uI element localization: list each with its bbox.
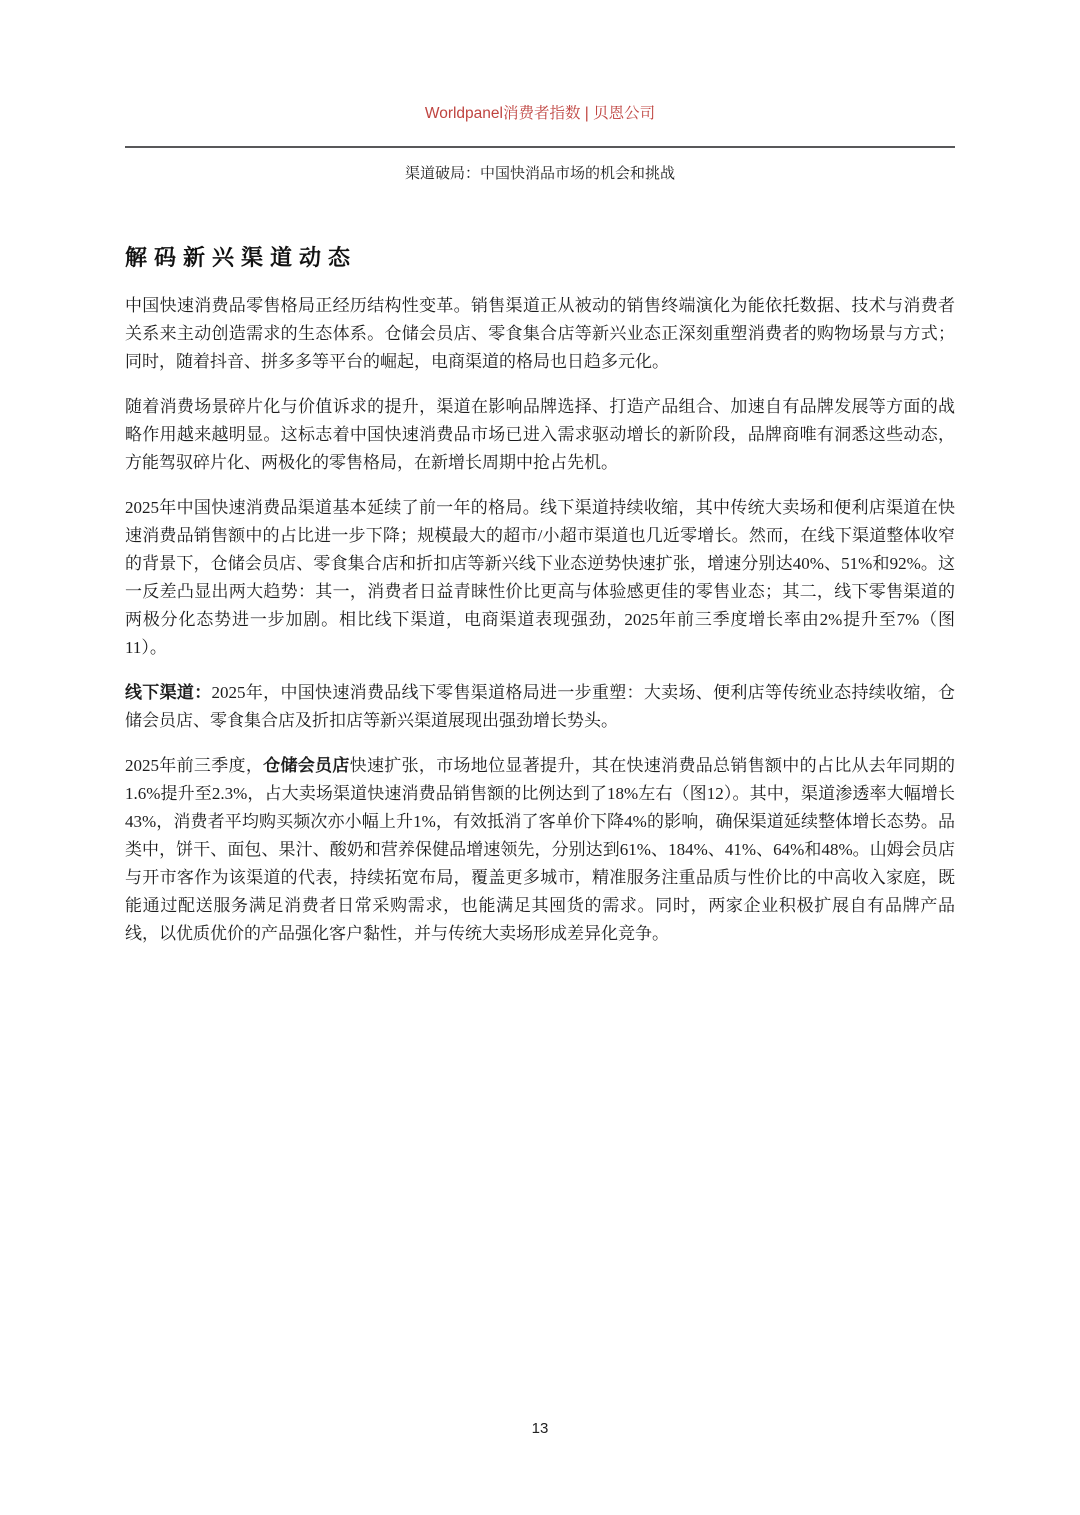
body-paragraph: 随着消费场景碎片化与价值诉求的提升，渠道在影响品牌选择、打造产品组合、加速自有品… — [125, 393, 955, 477]
bold-text-run: 线下渠道： — [125, 683, 212, 702]
text-run: 随着消费场景碎片化与价值诉求的提升，渠道在影响品牌选择、打造产品组合、加速自有品… — [125, 397, 955, 472]
paragraph-container: 中国快速消费品零售格局正经历结构性变革。销售渠道正从被动的销售终端演化为能依托数… — [125, 292, 955, 948]
body-paragraph: 2025年中国快速消费品渠道基本延续了前一年的格局。线下渠道持续收缩，其中传统大… — [125, 494, 955, 662]
page-footer: 13 — [0, 1420, 1080, 1437]
body-paragraph: 中国快速消费品零售格局正经历结构性变革。销售渠道正从被动的销售终端演化为能依托数… — [125, 292, 955, 376]
page-number: 13 — [532, 1420, 549, 1437]
text-run: 中国快速消费品零售格局正经历结构性变革。销售渠道正从被动的销售终端演化为能依托数… — [125, 296, 955, 371]
text-run: 快速扩张，市场地位显著提升，其在快速消费品总销售额中的占比从去年同期的1.6%提… — [125, 756, 955, 943]
header-divider — [125, 146, 955, 148]
section-heading: 解码新兴渠道动态 — [125, 245, 955, 271]
brand-header: Worldpanel消费者指数 | 贝恩公司 — [0, 0, 1080, 123]
bold-text-run: 仓储会员店 — [263, 756, 350, 775]
report-subtitle: 渠道破局：中国快消品市场的机会和挑战 — [0, 164, 1080, 183]
text-run: 2025年前三季度， — [125, 756, 263, 775]
page-header: Worldpanel消费者指数 | 贝恩公司 渠道破局：中国快消品市场的机会和挑… — [0, 0, 1080, 183]
body-paragraph: 2025年前三季度，仓储会员店快速扩张，市场地位显著提升，其在快速消费品总销售额… — [125, 752, 955, 948]
page-content: 解码新兴渠道动态 中国快速消费品零售格局正经历结构性变革。销售渠道正从被动的销售… — [125, 245, 955, 948]
text-run: 2025年，中国快速消费品线下零售渠道格局进一步重塑：大卖场、便利店等传统业态持… — [125, 683, 955, 730]
document-page: Worldpanel消费者指数 | 贝恩公司 渠道破局：中国快消品市场的机会和挑… — [0, 0, 1080, 1515]
body-paragraph: 线下渠道：2025年，中国快速消费品线下零售渠道格局进一步重塑：大卖场、便利店等… — [125, 679, 955, 735]
text-run: 2025年中国快速消费品渠道基本延续了前一年的格局。线下渠道持续收缩，其中传统大… — [125, 498, 955, 657]
